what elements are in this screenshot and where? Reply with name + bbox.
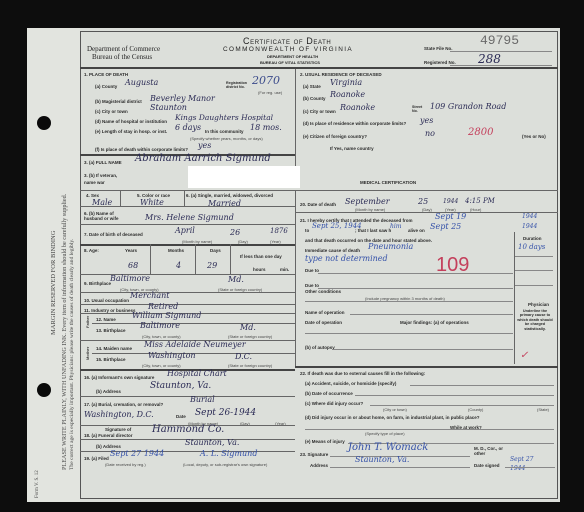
commonwealth: COMMONWEALTH OF VIRGINIA (223, 46, 353, 53)
due-to-label: Due to (305, 268, 319, 273)
informant-address-value: Staunton, Va. (150, 381, 211, 391)
registrar-note: (Local, deputy, or sub-registrar's own s… (183, 462, 267, 467)
magisterial-label: (b) Magisterial district (95, 99, 142, 104)
findings-label: Major findings: (a) of operations (400, 320, 469, 325)
immediate-cause-detail: type not determined (305, 254, 388, 263)
physician-address-value: Staunton, Va. (355, 455, 409, 464)
date-signed-label: Date signed (474, 463, 500, 468)
reg-district-label: Registration district No. (226, 81, 248, 89)
res-county-label: (b) County (303, 96, 326, 101)
alive-on-value: Sept 25 (430, 222, 461, 231)
city-note: (City or town) (383, 407, 407, 412)
redaction-box (188, 166, 300, 188)
divider (80, 224, 295, 225)
divider (120, 190, 121, 206)
operation-date-label: Date of operation (305, 320, 342, 325)
cause-code-annotation: 109 (436, 254, 469, 277)
physician-signature-label: 23. Signature (300, 452, 328, 457)
check-mark-annotation: ✓ (520, 350, 528, 361)
divider (80, 190, 558, 191)
date-signed-value: Sept 27 (510, 456, 533, 463)
street-label: Street No. (412, 105, 427, 113)
informant-label: 16. (a) Informant's own signature (84, 375, 154, 380)
due-to-2-label: Due to (305, 283, 319, 288)
state-note: (State) (537, 407, 549, 412)
informant-address-label: (b) Address (96, 389, 121, 394)
state-note: (State or foreign country) (228, 334, 272, 339)
mother-birthplace-label: 15. Birthplace (96, 357, 126, 362)
if-yes-label: If Yes, name country (330, 146, 374, 151)
corporate-value: yes (198, 141, 211, 150)
months-label: Months (168, 248, 184, 253)
funeral-director-value: Hammond Co. (152, 424, 224, 435)
divider (295, 366, 558, 368)
operation-label: Name of operation (305, 310, 345, 315)
duration-value: 10 days (518, 243, 545, 251)
mother-name-label: 14. Maiden name (96, 346, 132, 351)
divider (150, 244, 151, 274)
res-corporate-label: (d) Is place of residence within corpora… (303, 121, 406, 126)
res-county-value: Roanoke (330, 90, 365, 99)
operation-line (350, 314, 513, 315)
less-than-day-label: If less than one day (240, 254, 282, 259)
other-conditions-label: Other conditions (305, 289, 341, 294)
mother-birth-city-value: Washington (148, 351, 196, 360)
city-note: (City, town, or county) (142, 334, 181, 339)
filed-value: Sept 27 1944 (110, 449, 164, 458)
divider (295, 212, 558, 213)
father-birth-state-value: Md. (240, 323, 256, 332)
duration-label: Duration (523, 236, 542, 241)
birth-date-label: 7. Date of birth of deceased (84, 232, 143, 237)
citizen-label: (e) Citizen of foreign country? (303, 134, 367, 139)
punch-hole (37, 116, 51, 130)
last-saw-value: him (390, 223, 401, 230)
death-year-value: 1944 (443, 198, 458, 205)
full-name-label: 3. (a) FULL NAME (84, 160, 122, 165)
divider (80, 396, 295, 397)
divider (80, 292, 295, 293)
immediate-cause-value: Pneumonia (368, 242, 413, 251)
means-of-injury-label: (e) Means of injury (305, 439, 345, 444)
burial-place-value: Washington, D.C. (84, 410, 154, 419)
header-dept: Department of Commerce (87, 45, 160, 53)
father-birth-city-value: Baltimore (140, 321, 180, 330)
yes-no-note: (Yes or No) (522, 134, 546, 139)
reg-note: (For reg. use) (258, 90, 282, 95)
full-name-value: Abraham Aarrich Sigmund (135, 153, 271, 164)
divider (80, 67, 558, 69)
birthplace-label: 9. Birthplace (84, 281, 111, 286)
signature-of-label: Signature of (105, 427, 131, 432)
director-address-value: Staunton, Va. (185, 438, 239, 447)
date-line (505, 467, 555, 468)
spouse-value: Mrs. Helene Sigmund (145, 213, 234, 222)
physician-note: Underline the primary cause to which dea… (517, 309, 553, 331)
burial-label: 17. (a) Burial, cremation, or removal? (84, 402, 163, 407)
burial-date-label: Date (176, 414, 186, 419)
citizen-value: no (425, 129, 435, 138)
informant-value: Hospital Chart (167, 369, 227, 378)
age-label: 8. Age: (84, 248, 99, 253)
divider (80, 304, 295, 305)
burial-date-value: Sept 26-1944 (195, 408, 256, 418)
res-state-value: Virginia (330, 78, 362, 87)
to-label: to (305, 228, 309, 233)
hospital-label: (d) Name of hospital or institution (95, 119, 167, 124)
due-to-line (318, 273, 513, 274)
stay-label: (e) Length of stay in hosp. or inst. (95, 129, 167, 134)
autopsy-line (332, 349, 513, 350)
age-months-value: 4 (176, 261, 181, 270)
bureau-vital: BUREAU OF VITAL STATISTICS (260, 60, 320, 65)
father-name-label: 12. Name (96, 317, 116, 322)
mother-tag: Mother (85, 347, 90, 360)
state-note: (State or foreign country) (228, 363, 272, 368)
birthplace-state-value: Md. (228, 275, 244, 284)
due-to-line (318, 288, 513, 289)
filed-label: 19. (a) Filed (84, 456, 109, 461)
spouse-label: 6. (b) Name of husband or wife (84, 211, 122, 221)
place-note: (Specify type of place) (365, 431, 405, 436)
certificate-title: Certificate of Death (243, 36, 331, 46)
header-bureau: Bureau of the Census (92, 53, 152, 61)
birth-year-value: 1876 (270, 227, 288, 235)
registered-number: 288 (478, 52, 501, 66)
death-county-value: Augusta (125, 78, 158, 87)
mother-name-value: Miss Adelaide Neumeyer (144, 340, 246, 349)
alive-on-label: alive on (408, 228, 425, 233)
res-city-value: Roanoke (340, 103, 375, 112)
divider (230, 244, 231, 274)
days-label: Days (210, 248, 221, 253)
blank-line (305, 301, 513, 302)
city-note: (City, town, or county) (142, 363, 181, 368)
community-value: 18 mos. (250, 123, 282, 132)
county-label: (a) County (95, 84, 117, 89)
column-divider (295, 190, 296, 368)
community-label: In this community (205, 129, 244, 134)
hours-label: hours (253, 267, 266, 272)
divider (195, 244, 196, 274)
red-annotation: 2800 (468, 127, 493, 138)
instructions-line2: The correct age is especially important.… (69, 239, 75, 470)
punch-hole (37, 383, 51, 397)
md-label: M. D., Cor., or other (474, 446, 504, 456)
hospital-value: Kings Daughters Hospital (175, 113, 273, 122)
father-name-value: William Sigmund (132, 311, 201, 320)
divider (80, 206, 295, 207)
occupation-value: Merchant (130, 291, 170, 300)
attended-from-value: Sept 19 (435, 212, 466, 221)
stay-value: 6 days (175, 123, 201, 132)
accident-label: (a) Accident, suicide, or homicide (spec… (305, 381, 396, 386)
mother-birth-state-value: D.C. (235, 352, 252, 361)
residence-heading: 2. USUAL RESIDENCE OF DECEASED (300, 72, 382, 77)
injury-where-label: (c) Where did injury occur? (305, 401, 363, 406)
blank-line (305, 333, 513, 334)
divider (184, 190, 185, 206)
form-number: Form V. S. 12 (35, 470, 40, 498)
industry-value: Retired (148, 302, 178, 311)
state-file-label: State File No. (424, 46, 453, 51)
divider (80, 244, 295, 246)
duration-divider (514, 232, 515, 364)
occupation-label: 10. Usual occupation (84, 298, 129, 303)
external-causes-heading: 22. If death was due to external causes … (300, 371, 425, 376)
medical-certification-heading: MEDICAL CERTIFICATION (360, 180, 416, 185)
years-label: Years (125, 248, 137, 253)
physician-signature-value: John T. Womack (348, 442, 428, 453)
min-label: min. (280, 267, 289, 272)
death-month-value: September (345, 197, 390, 206)
res-state-label: (a) State (303, 84, 321, 89)
divider (92, 323, 295, 324)
binding-notice: MARGIN RESERVED FOR BINDING (50, 231, 57, 335)
immediate-cause-label: Immediate cause of death (305, 248, 360, 253)
father-tag: Father (85, 316, 90, 328)
veteran-label: 3. (b) If veteran, name war (84, 172, 119, 186)
registered-line (450, 65, 552, 66)
burial-value: Burial (190, 395, 215, 404)
attended-from-year: 1944 (522, 213, 537, 220)
dept-health: DEPARTMENT OF HEALTH (267, 54, 318, 59)
death-hour-value: 4:15 PM (465, 197, 495, 205)
birth-month-value: April (175, 226, 195, 235)
res-corporate-value: yes (420, 116, 433, 125)
birth-day-value: 26 (230, 228, 240, 237)
res-city-label: (c) City or town (303, 109, 336, 114)
death-day-value: 25 (418, 197, 428, 206)
state-file-line (450, 51, 552, 52)
registrar-signature: A. L. Sigmund (200, 449, 257, 458)
last-saw-label: ; that I last saw h (355, 228, 391, 233)
place-of-death-heading: 1. PLACE OF DEATH (84, 72, 128, 77)
duration-line (515, 285, 553, 286)
magisterial-value: Beverley Manor (150, 94, 215, 103)
physician-address-label: Address (310, 463, 328, 468)
blank-line (410, 385, 554, 386)
blank-line (305, 429, 554, 430)
blank-line (355, 395, 554, 396)
autopsy-label: (b) of autopsy (305, 345, 335, 350)
death-date-label: 20. Date of death (300, 202, 336, 207)
injury-place-label: (d) Did injury occur in or about home, o… (305, 415, 480, 420)
duration-line (515, 270, 553, 271)
funeral-director-label: 18. (a) Funeral director (84, 433, 133, 438)
duration-line (515, 256, 553, 257)
father-birthplace-label: 13. Birthplace (96, 328, 126, 333)
age-days-value: 29 (207, 261, 217, 270)
death-city-value: Staunton (150, 103, 187, 112)
age-years-value: 68 (128, 261, 138, 270)
county-note: (County) (468, 407, 483, 412)
reg-district-value: 2070 (252, 74, 280, 87)
corporate-label: (f) Is place of death within corporate l… (95, 147, 188, 152)
state-file-number: 49795 (480, 33, 519, 48)
blank-line (370, 405, 554, 406)
res-street-value: 109 Grandon Road (430, 102, 506, 111)
city-label: (c) City or town (95, 109, 128, 114)
birthplace-city-value: Baltimore (110, 274, 150, 283)
address-line (330, 467, 470, 468)
occurrence-date-label: (b) Date of occurrence (305, 391, 353, 396)
instructions-line1: PLEASE WRITE PLAINLY, WITH UNFADING INK.… (61, 194, 68, 470)
filed-note: (Date received by reg.) (105, 462, 146, 467)
physician-note-title: Physician (528, 302, 549, 307)
alive-on-year: 1944 (522, 223, 537, 230)
marital-label: 6. (a) Single, married, widowed, divorce… (186, 193, 273, 198)
